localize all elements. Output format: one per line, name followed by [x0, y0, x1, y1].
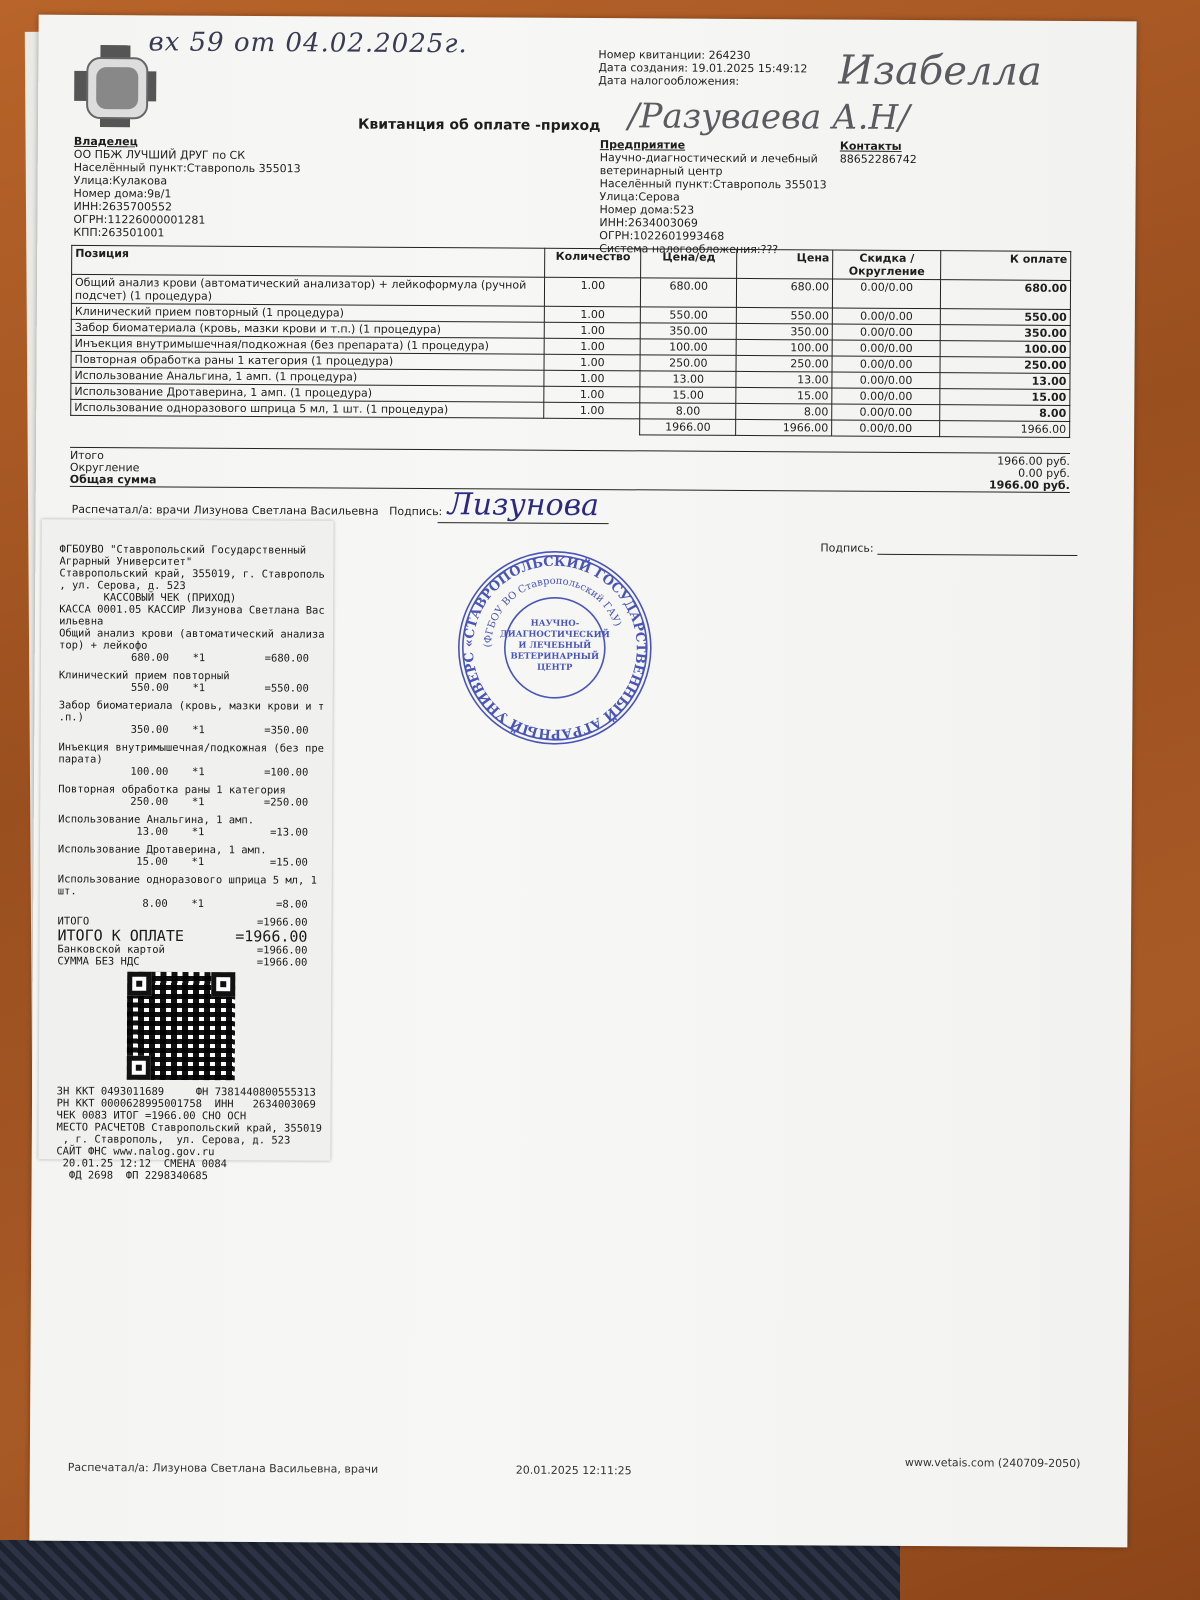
receipt-item-qty: *1 — [168, 826, 228, 838]
cell-to-pay: 350.00 — [940, 325, 1070, 342]
receipt-item-sum: =350.00 — [229, 724, 323, 736]
cell-discount: 0.00/0.00 — [832, 388, 940, 405]
receipt-footer-line: ФД 2698 ФП 2298340685 — [56, 1169, 320, 1182]
receipt-item-sum: =550.00 — [229, 682, 323, 694]
col-quantity: Количество — [545, 248, 641, 278]
footer-printed-by: Распечатал/а: Лизунова Светлана Васильев… — [68, 1461, 379, 1476]
enterprise-line: Научно-диагностический и лечебный ветери… — [600, 151, 830, 178]
receipt-item-row: 250.00*1=250.00 — [58, 795, 322, 808]
col-position: Позиция — [72, 245, 546, 277]
document-title: Квитанция об оплате -приход — [358, 117, 601, 134]
printed-by: Распечатал/а: врачи Лизунова Светлана Ва… — [72, 503, 443, 518]
receipt-item-sum: =100.00 — [228, 766, 322, 778]
receipt-total-label: ИТОГО К ОПЛАТЕ — [57, 927, 184, 944]
cell-price: 550.00 — [737, 307, 833, 324]
receipt-item-price: 350.00 — [59, 723, 169, 736]
receipt-total-label: Банковской картой — [57, 943, 165, 956]
handwritten-incoming-note: вх 59 от 04.02.2025г. — [148, 27, 467, 59]
footer-site: www.vetais.com (240709-2050) — [905, 1456, 1081, 1470]
round-stamp-icon: «СТАВРОПОЛЬСКИЙ ГОСУДАРСТВЕННЫЙ АГРАРНЫЙ… — [454, 547, 655, 748]
cell-unit-price: 250.00 — [640, 355, 736, 372]
receipt-total-value: =1966.00 — [257, 944, 308, 956]
receipt-item-name: Инъекция внутримышечная/подкожная (без п… — [58, 741, 322, 766]
footer-datetime: 20.01.2025 12:11:25 — [516, 1464, 632, 1478]
receipt-total-value: =1966.00 — [235, 928, 307, 944]
services-table: Позиция Количество Цена/ед Цена Скидка /… — [70, 245, 1071, 438]
receipt-item-qty: *1 — [169, 724, 229, 736]
receipt-item-price: 13.00 — [58, 825, 168, 838]
receipt-item-qty: *1 — [169, 652, 229, 664]
cash-register-receipt: ФГБОУВО "Ставропольский ГосударственныйА… — [38, 519, 333, 1161]
cell-unit-price: 8.00 — [640, 403, 736, 420]
cell-quantity: 1.00 — [544, 338, 640, 355]
receipt-items: Общий анализ крови (автоматический анали… — [58, 627, 324, 916]
cell-unit-price: 350.00 — [641, 323, 737, 340]
cell-to-pay: 250.00 — [940, 357, 1070, 374]
cell-price: 13.00 — [736, 371, 832, 388]
cell-quantity: 1.00 — [544, 402, 640, 419]
receipt-item-price: 100.00 — [58, 765, 168, 778]
owner-line: КПП:263501001 — [73, 226, 300, 240]
cell-to-pay: 15.00 — [940, 389, 1070, 406]
contacts-phone: 88652286742 — [840, 153, 917, 166]
summary-grand-total-value: 1966.00 руб. — [989, 479, 1070, 491]
total-cell: 0.00/0.00 — [832, 420, 940, 437]
handwritten-owner-name: /Разуваева А.Н/ — [628, 96, 910, 138]
receipt-item-qty: *1 — [168, 766, 228, 778]
cell-discount: 0.00/0.00 — [832, 324, 940, 341]
cell-unit-price: 15.00 — [640, 387, 736, 404]
signature-label: Подпись: — [389, 505, 442, 518]
receipt-item-sum: =8.00 — [228, 898, 322, 910]
cell-discount: 0.00/0.00 — [832, 356, 940, 373]
cell-discount: 0.00/0.00 — [832, 340, 940, 357]
receipt-item-row: 350.00*1=350.00 — [59, 723, 323, 736]
receipt-number: Номер квитанции: 264230 — [598, 48, 807, 62]
background-floor — [0, 1540, 900, 1600]
receipt-item-sum: =15.00 — [228, 856, 322, 868]
receipt-item-price: 250.00 — [58, 795, 168, 808]
cell-discount: 0.00/0.00 — [832, 308, 940, 325]
university-logo-icon — [74, 45, 156, 127]
contacts-heading: Контакты — [840, 140, 917, 153]
cell-quantity: 1.00 — [544, 370, 640, 387]
col-to-pay: К оплате — [941, 251, 1071, 281]
cell-discount: 0.00/0.00 — [833, 279, 941, 309]
receipt-item-price: 550.00 — [59, 681, 169, 694]
col-unit-price: Цена/ед — [641, 249, 737, 279]
receipt-tax-date: Дата налогообложения: — [598, 74, 807, 88]
receipt-item-row: 15.00*1=15.00 — [58, 855, 322, 868]
receipt-created-date: Дата создания: 19.01.2025 15:49:12 — [598, 61, 807, 75]
receipt-item-qty: *1 — [168, 856, 228, 868]
cell-to-pay: 550.00 — [940, 309, 1070, 326]
handwritten-signature: Лизунова — [438, 487, 610, 524]
cell-unit-price: 550.00 — [641, 307, 737, 324]
cell-unit-price: 680.00 — [641, 278, 737, 308]
cell-discount: 0.00/0.00 — [832, 372, 940, 389]
cell-quantity: 1.00 — [545, 277, 641, 307]
cell-price: 250.00 — [736, 355, 832, 372]
receipt-meta: Номер квитанции: 264230 Дата создания: 1… — [598, 48, 807, 88]
summary-grand-total-label: Общая сумма — [70, 474, 157, 487]
receipt-fiscal-footer: ЗН ККТ 0493011689 ФН 7381440800555313РН … — [56, 1085, 320, 1182]
receipt-total-value: =1966.00 — [257, 956, 308, 968]
receipt-item-name: Использование одноразового шприца 5 мл, … — [58, 873, 322, 898]
cell-unit-price: 13.00 — [640, 371, 736, 388]
total-cell: 1966.00 — [640, 419, 736, 436]
cell-price: 680.00 — [737, 278, 833, 308]
receipt-item-row: 550.00*1=550.00 — [59, 681, 323, 694]
cell-to-pay: 680.00 — [941, 280, 1071, 310]
receipt-total-line: СУММА БЕЗ НДС=1966.00 — [57, 955, 321, 968]
cell-to-pay: 100.00 — [940, 341, 1070, 358]
cell-unit-price: 100.00 — [640, 339, 736, 356]
cell-discount: 0.00/0.00 — [832, 404, 940, 421]
cell-to-pay: 8.00 — [940, 405, 1070, 422]
receipt-item-name: Общий анализ крови (автоматический анали… — [59, 627, 323, 652]
cell-quantity: 1.00 — [545, 306, 641, 323]
receipt-item-price: 8.00 — [58, 897, 168, 910]
qr-code-icon — [127, 972, 236, 1081]
total-cell: 1966.00 — [736, 419, 832, 436]
receipt-total-line: ИТОГО К ОПЛАТЕ=1966.00 — [57, 927, 321, 944]
owner-block: Владелец ОО ПБЖ ЛУЧШИЙ ДРУГ по СК Населё… — [73, 135, 301, 240]
receipt-header: ФГБОУВО "Ставропольский ГосударственныйА… — [59, 543, 323, 628]
receipt-item-qty: *1 — [168, 898, 228, 910]
cell-to-pay: 13.00 — [940, 373, 1070, 390]
receipt-item-row: 13.00*1=13.00 — [58, 825, 322, 838]
receipt-item-qty: *1 — [168, 796, 228, 808]
receipt-item-price: 680.00 — [59, 651, 169, 664]
receipt-item-name: Забор биоматериала (кровь, мазки крови и… — [59, 699, 323, 724]
receipt-item-price: 15.00 — [58, 855, 168, 868]
cell-position: Общий анализ крови (автоматический анали… — [71, 274, 545, 306]
svg-text:НАУЧНО-: НАУЧНО- — [531, 619, 580, 629]
svg-text:ЦЕНТР: ЦЕНТР — [537, 663, 573, 673]
receipt-total-label: СУММА БЕЗ НДС — [57, 955, 139, 967]
receipt-totals: ИТОГО=1966.00ИТОГО К ОПЛАТЕ=1966.00Банко… — [57, 915, 321, 968]
receipt-item-row: 8.00*1=8.00 — [58, 897, 322, 910]
receipt-item-qty: *1 — [169, 682, 229, 694]
summary-block: Итого Округление Общая сумма 1966.00 руб… — [70, 447, 1070, 493]
total-cell: 1966.00 — [940, 421, 1070, 438]
receipt-item-sum: =250.00 — [228, 796, 322, 808]
enterprise-block: Предприятие Научно-диагностический и леч… — [599, 138, 830, 256]
col-price: Цена — [737, 249, 833, 279]
second-signature-field: Подпись: — [820, 541, 1077, 556]
receipt-item-row: 680.00*1=680.00 — [59, 651, 323, 664]
cell-price: 350.00 — [736, 323, 832, 340]
cell-price: 15.00 — [736, 387, 832, 404]
contacts-block: Контакты 88652286742 — [840, 140, 917, 166]
col-discount: Скидка / Округление — [833, 250, 941, 280]
cell-price: 8.00 — [736, 403, 832, 420]
receipt-item-sum: =13.00 — [228, 826, 322, 838]
handwritten-pet-name: Изабелла — [838, 48, 1042, 95]
receipt-item-sum: =680.00 — [229, 652, 323, 664]
receipt-item-row: 100.00*1=100.00 — [58, 765, 322, 778]
cell-quantity: 1.00 — [544, 354, 640, 371]
cell-quantity: 1.00 — [544, 386, 640, 403]
cell-quantity: 1.00 — [545, 322, 641, 339]
cell-price: 100.00 — [736, 339, 832, 356]
